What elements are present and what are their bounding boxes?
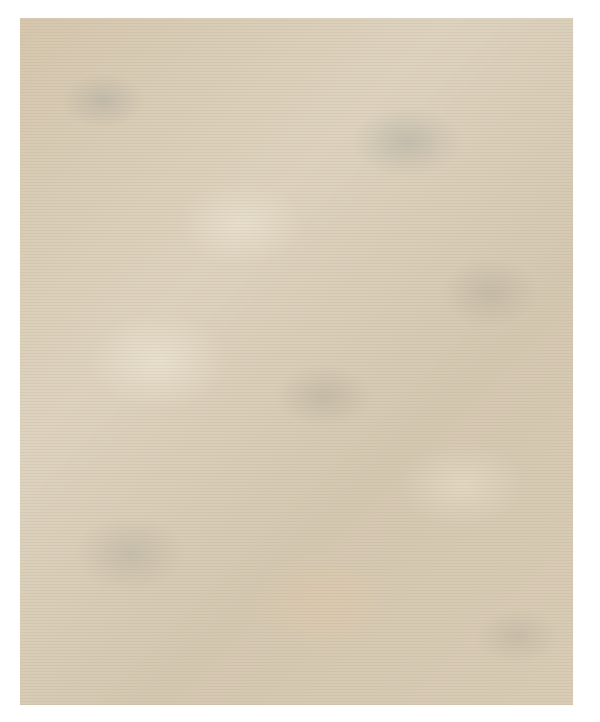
rug-product-image [20, 18, 573, 705]
